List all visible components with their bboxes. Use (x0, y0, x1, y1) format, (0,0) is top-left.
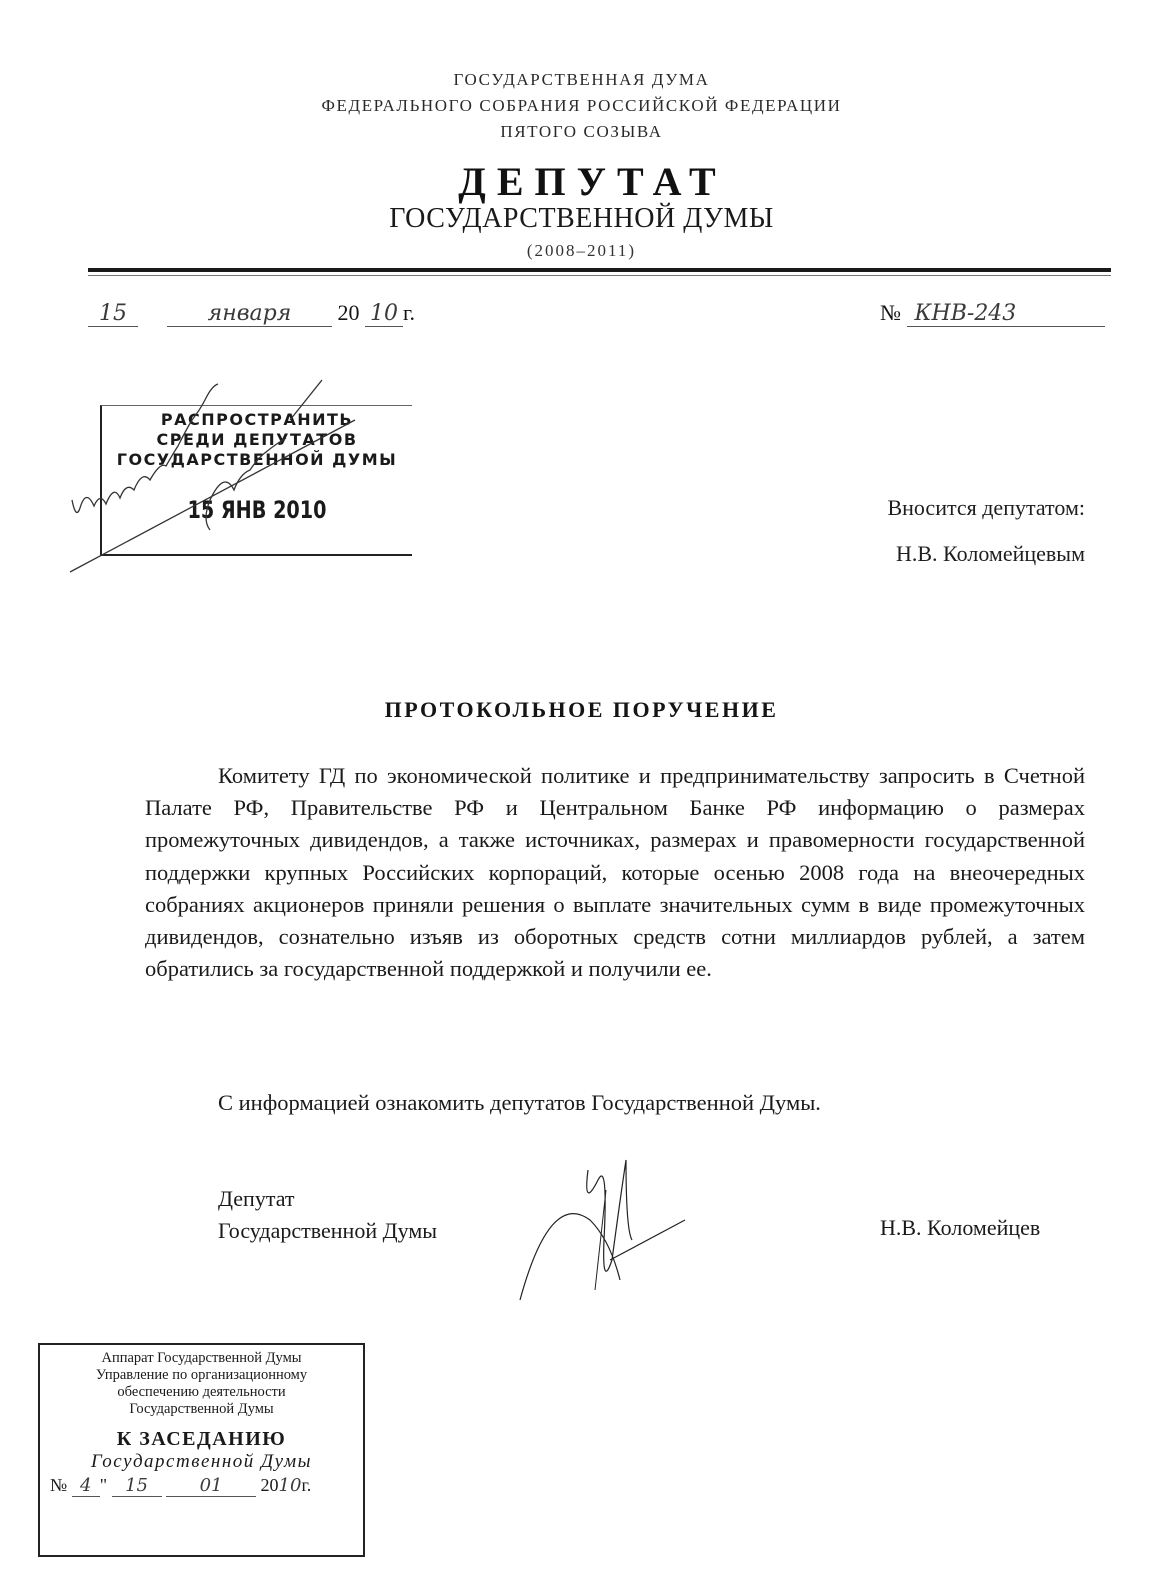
registry-number-line: № 4" 15 01 2010г. (40, 1475, 363, 1497)
signature-title: Депутат Государственной Думы (218, 1183, 437, 1247)
registry-day: 15 (112, 1475, 162, 1497)
handwritten-signature (510, 1150, 770, 1310)
registry-no-value: 4 (72, 1475, 100, 1497)
registry-year-abbrev: г. (301, 1475, 311, 1495)
registry-no-label: № (50, 1475, 67, 1495)
submitter-label: Вносится депутатом: (760, 485, 1085, 531)
letterhead-line1: ГОСУДАРСТВЕННАЯ ДУМА (0, 68, 1163, 92)
letterhead-subtitle: ГОСУДАРСТВЕННОЙ ДУМЫ (0, 203, 1163, 235)
registry-big-label: К ЗАСЕДАНИЮ (40, 1428, 363, 1451)
signature-title-line2: Государственной Думы (218, 1215, 437, 1247)
date-century: 20 (338, 300, 360, 325)
signature-title-line1: Депутат (218, 1183, 437, 1215)
date-year-abbrev: г. (403, 300, 415, 325)
registry-line4: Государственной Думы (40, 1401, 363, 1418)
body-paragraph-1: Комитету ГД по экономической политике и … (145, 760, 1085, 985)
number-label: № (880, 300, 901, 325)
header-rule (88, 268, 1111, 272)
letterhead-years: (2008–2011) (0, 241, 1163, 261)
body-paragraph-2: С информацией ознакомить депутатов Госуд… (218, 1090, 821, 1116)
date-day: 15 (88, 301, 138, 327)
date-month: января (167, 301, 332, 327)
registry-stamp: Аппарат Государственной Думы Управление … (38, 1343, 365, 1557)
registry-line3: обеспечению деятельности (40, 1384, 363, 1401)
letterhead-line3: ПЯТОГО СОЗЫВА (0, 120, 1163, 144)
number-value: КНВ-243 (907, 301, 1105, 327)
signature-name: Н.В. Коломейцев (880, 1215, 1040, 1241)
registry-year-suffix: 10 (279, 1475, 302, 1496)
document-heading: ПРОТОКОЛЬНОЕ ПОРУЧЕНИЕ (0, 697, 1163, 723)
submitter-name: Н.В. Коломейцевым (760, 531, 1085, 577)
registry-month: 01 (166, 1475, 256, 1497)
registry-year-prefix: 20 (261, 1475, 279, 1495)
date-line: 15 января 20 10г. (88, 300, 415, 336)
letterhead-title: ДЕПУТАТ (0, 158, 1163, 205)
registry-line2: Управление по организационному (40, 1367, 363, 1384)
letterhead-line2: ФЕДЕРАЛЬНОГО СОБРАНИЯ РОССИЙСКОЙ ФЕДЕРАЦ… (0, 94, 1163, 118)
stamp-handwriting-overlay (60, 360, 440, 580)
registry-italic-label: Государственной Думы (40, 1451, 363, 1473)
registry-line1: Аппарат Государственной Думы (40, 1350, 363, 1367)
document-number: № КНВ-243 (880, 300, 1105, 336)
header-rule-thin (88, 275, 1111, 276)
date-year: 10 (365, 301, 403, 327)
